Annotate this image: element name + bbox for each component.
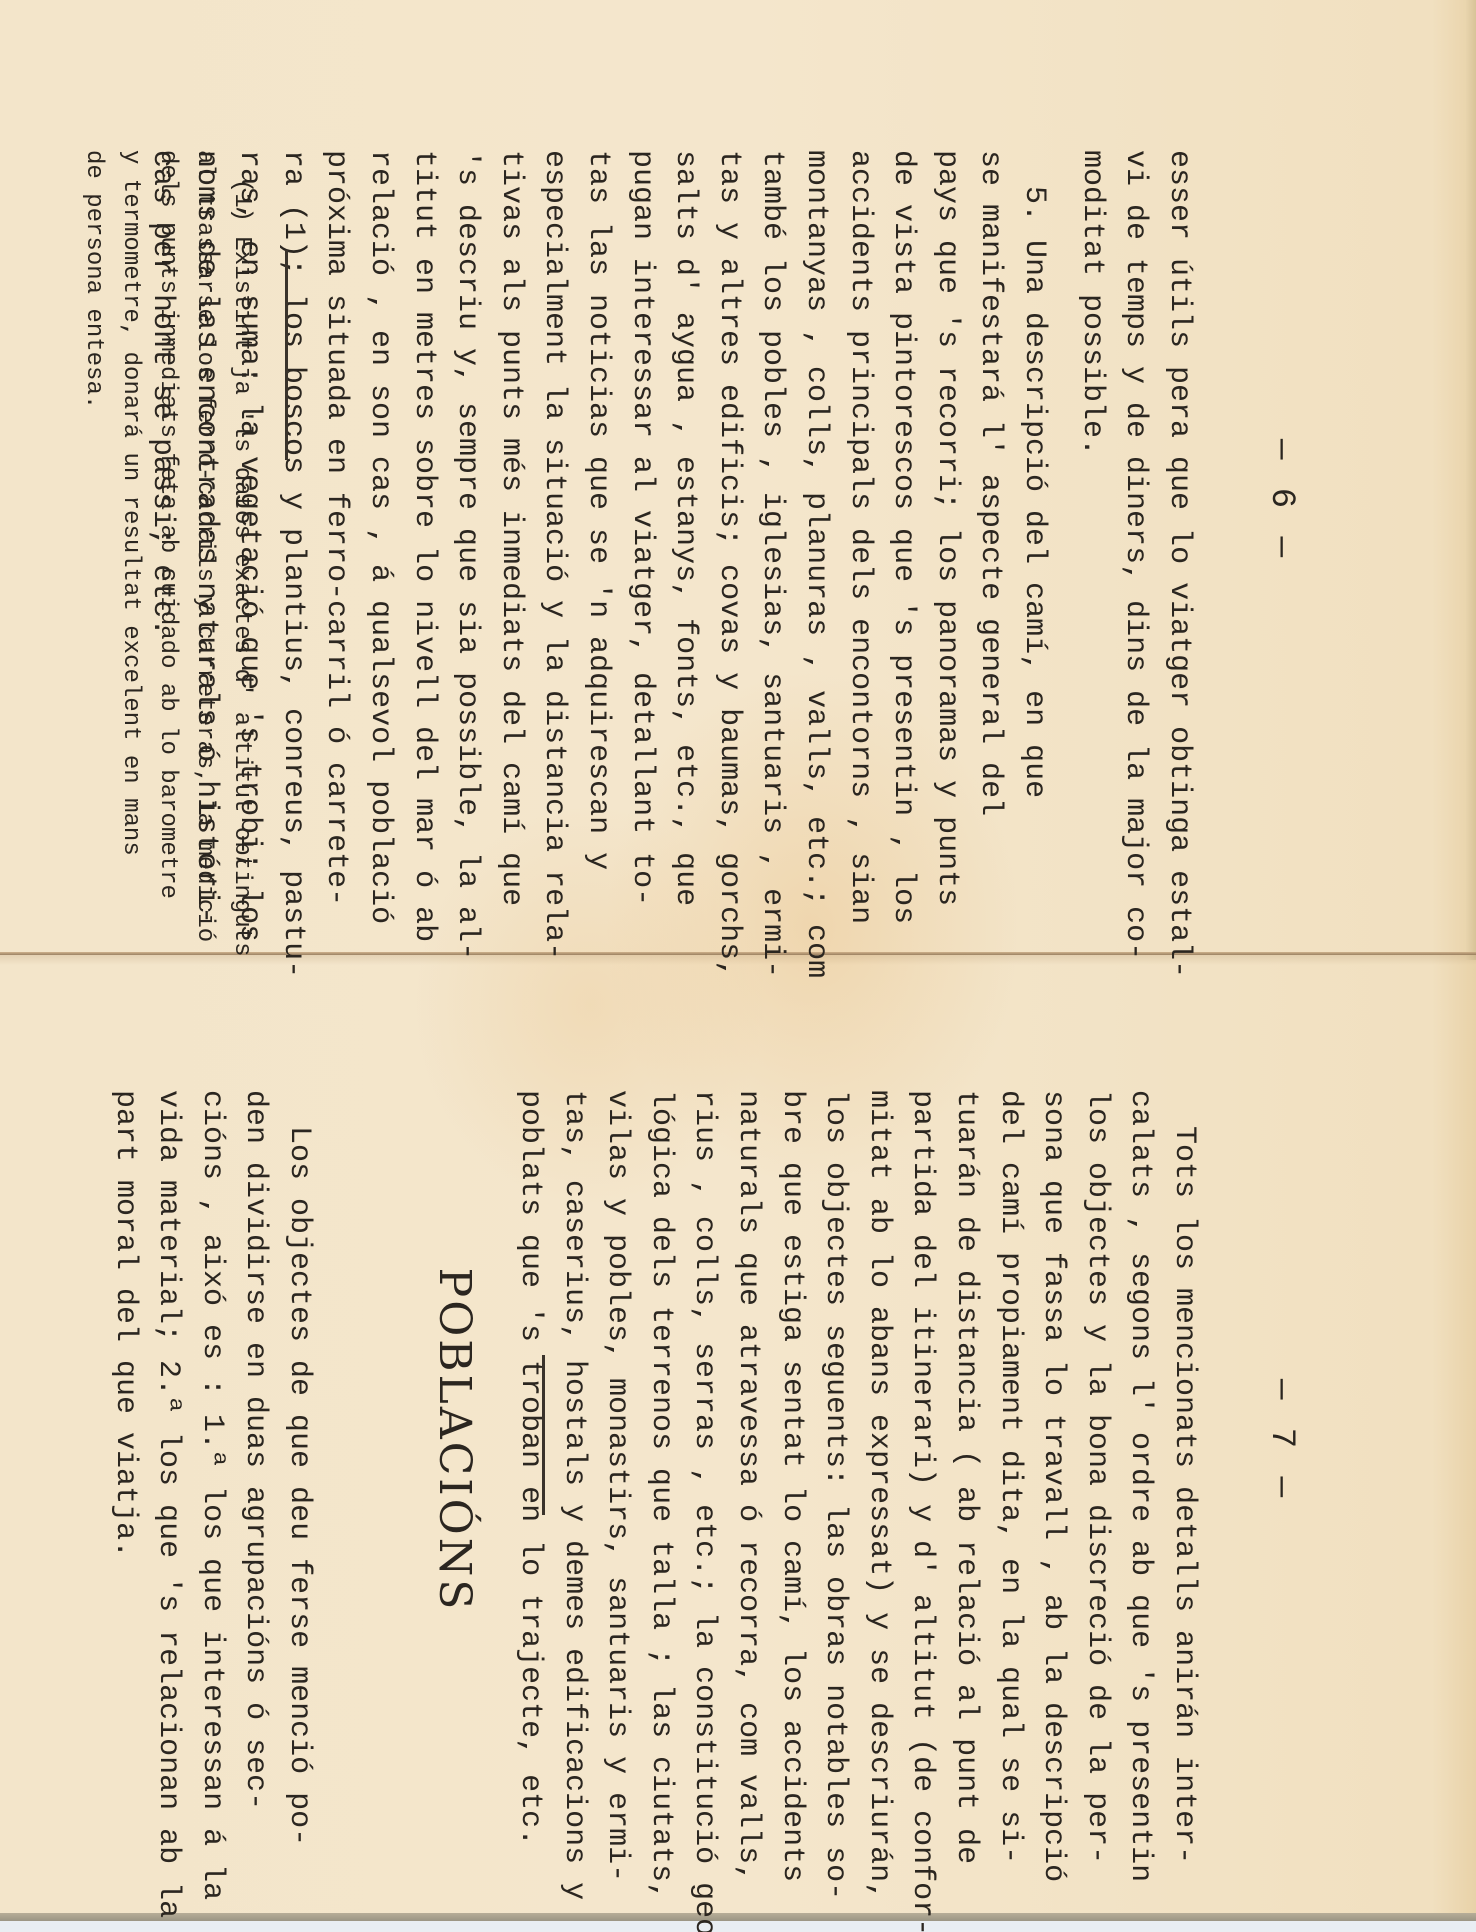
- section-5-paragraph: 5. Una descripció del camí, en que se ma…: [140, 150, 1055, 910]
- footnote-line: de persona entesa.: [75, 150, 112, 910]
- text-line: 5. Una descripció del camí, en que: [1011, 150, 1055, 910]
- text-line: los objectes seguents: las obras notable…: [813, 1090, 857, 1850]
- text-line: pugan interessar al viatger, detallant t…: [619, 150, 663, 910]
- text-line: salts d' aygua , estanys, fonts, etc., q…: [663, 150, 707, 910]
- page-number: — 6 —: [1262, 50, 1300, 950]
- footnote-line: dels punts inmediats feta ab cuidado ab …: [149, 150, 186, 910]
- page-6: — 6 — esser útils pera que lo viatger ob…: [60, 50, 1400, 950]
- text-line: tas, caserius, hostals y demes edificaci…: [551, 1090, 595, 1850]
- text-line: accidents principals dels encontorns , s…: [837, 150, 881, 910]
- text-line: lógica dels terrenos que talla ; las ciu…: [638, 1090, 682, 1850]
- text-line: vi de temps y de diners, dins de la majo…: [1113, 150, 1157, 910]
- text-line: especialment la situació y la distancia …: [532, 150, 576, 910]
- text-line: mitat ab lo abans expressat) y se descri…: [856, 1090, 900, 1850]
- footnote-line: al trassarse los ferro-carrils y carrete…: [186, 150, 223, 910]
- text-line: titut en metres sobre lo nivell del mar …: [401, 150, 445, 910]
- section-separator-rule: [542, 1355, 545, 1515]
- footnote: (1) Existint ja 'ls datos exactes d' alt…: [75, 150, 260, 910]
- text-line: ra (1); los boscos y plantius, conreus, …: [270, 150, 314, 910]
- text-line: tivas als punts més inmediats del camí q…: [488, 150, 532, 910]
- text-line: tuarán de distancia ( ab relació al punt…: [943, 1090, 987, 1850]
- text-line: calats , segons l' ordre ab que 's prese…: [1118, 1090, 1162, 1850]
- text-line: 's descriu y, sempre que sia possible, l…: [445, 150, 489, 910]
- text-line: den dividirse en duas agrupacións ó sec-: [233, 1090, 277, 1850]
- text-line: los objectes y la bona discreció de la p…: [1074, 1090, 1118, 1850]
- scan-margin: [0, 1921, 1476, 1932]
- text-line: vilas y pobles, monastirs, santuaris y e…: [595, 1090, 639, 1850]
- book-bottom-edge: [0, 1913, 1476, 1921]
- text-line: cións , aixó es : 1.ª los que interessan…: [189, 1090, 233, 1850]
- text-line: part moral del que viatja.: [102, 1090, 146, 1850]
- text-line: moditat possible.: [1069, 150, 1113, 910]
- text-line: pays que 's recorri; los panoramas y pun…: [924, 150, 968, 910]
- text-line: se manifestará l' aspecte general del: [968, 150, 1012, 910]
- text-line: de vista pintorescos que 's presentin , …: [881, 150, 925, 910]
- text-line: montanyas , colls, planuras , valls, etc…: [793, 150, 837, 910]
- paragraph-details: Tots los mencionats detalls anirán inter…: [508, 1090, 1206, 1850]
- page-edge: [1466, 0, 1476, 960]
- text-line: Los objectes de que deu ferse menció po-: [276, 1090, 320, 1850]
- text-line: bre que estiga sentat lo camí, los accid…: [769, 1090, 813, 1850]
- footnote-separator-rule: [285, 250, 288, 460]
- footnote-line: (1) Existint ja 'ls datos exactes d' alt…: [223, 150, 260, 910]
- text-line: esser útils pera que lo viatger obtinga …: [1156, 150, 1200, 910]
- text-line: sona que fassa lo travall , ab la descri…: [1031, 1090, 1075, 1850]
- page-7: — 7 — Tots los mencionats detalls anirán…: [60, 990, 1400, 1890]
- text-line: rius , colls, serras , etc.; la constitu…: [682, 1090, 726, 1850]
- paragraph-poblacions: Los objectes de que deu ferse menció po-…: [102, 1090, 320, 1850]
- text-line: próxima situada en ferro-carril ó carret…: [314, 150, 358, 910]
- text-line: tas y altres edificis; covas y baumas, g…: [706, 150, 750, 910]
- text-line: també los pobles , iglesias, santuaris ,…: [750, 150, 794, 910]
- continued-paragraph: esser útils pera que lo viatger obtinga …: [1069, 150, 1200, 910]
- footnote-line: y termometre, donará un resultat excelen…: [112, 150, 149, 910]
- text-line: relació , en son cas , á qualsevol pobla…: [358, 150, 402, 910]
- text-line: vida material; 2.ª los que 's relacionan…: [146, 1090, 190, 1850]
- text-line: naturals que atravessa ó recorra, com va…: [725, 1090, 769, 1850]
- text-line: tas las noticias que se 'n adquirescan y: [575, 150, 619, 910]
- page-number: — 7 —: [1262, 990, 1300, 1890]
- text-line: Tots los mencionats detalls anirán inter…: [1161, 1090, 1205, 1850]
- section-heading: POBLACIÓNS: [429, 990, 480, 1890]
- text-line: partida del itinerari) y d' altitut (de …: [900, 1090, 944, 1850]
- text-line: del camí propiament dita, en la qual se …: [987, 1090, 1031, 1850]
